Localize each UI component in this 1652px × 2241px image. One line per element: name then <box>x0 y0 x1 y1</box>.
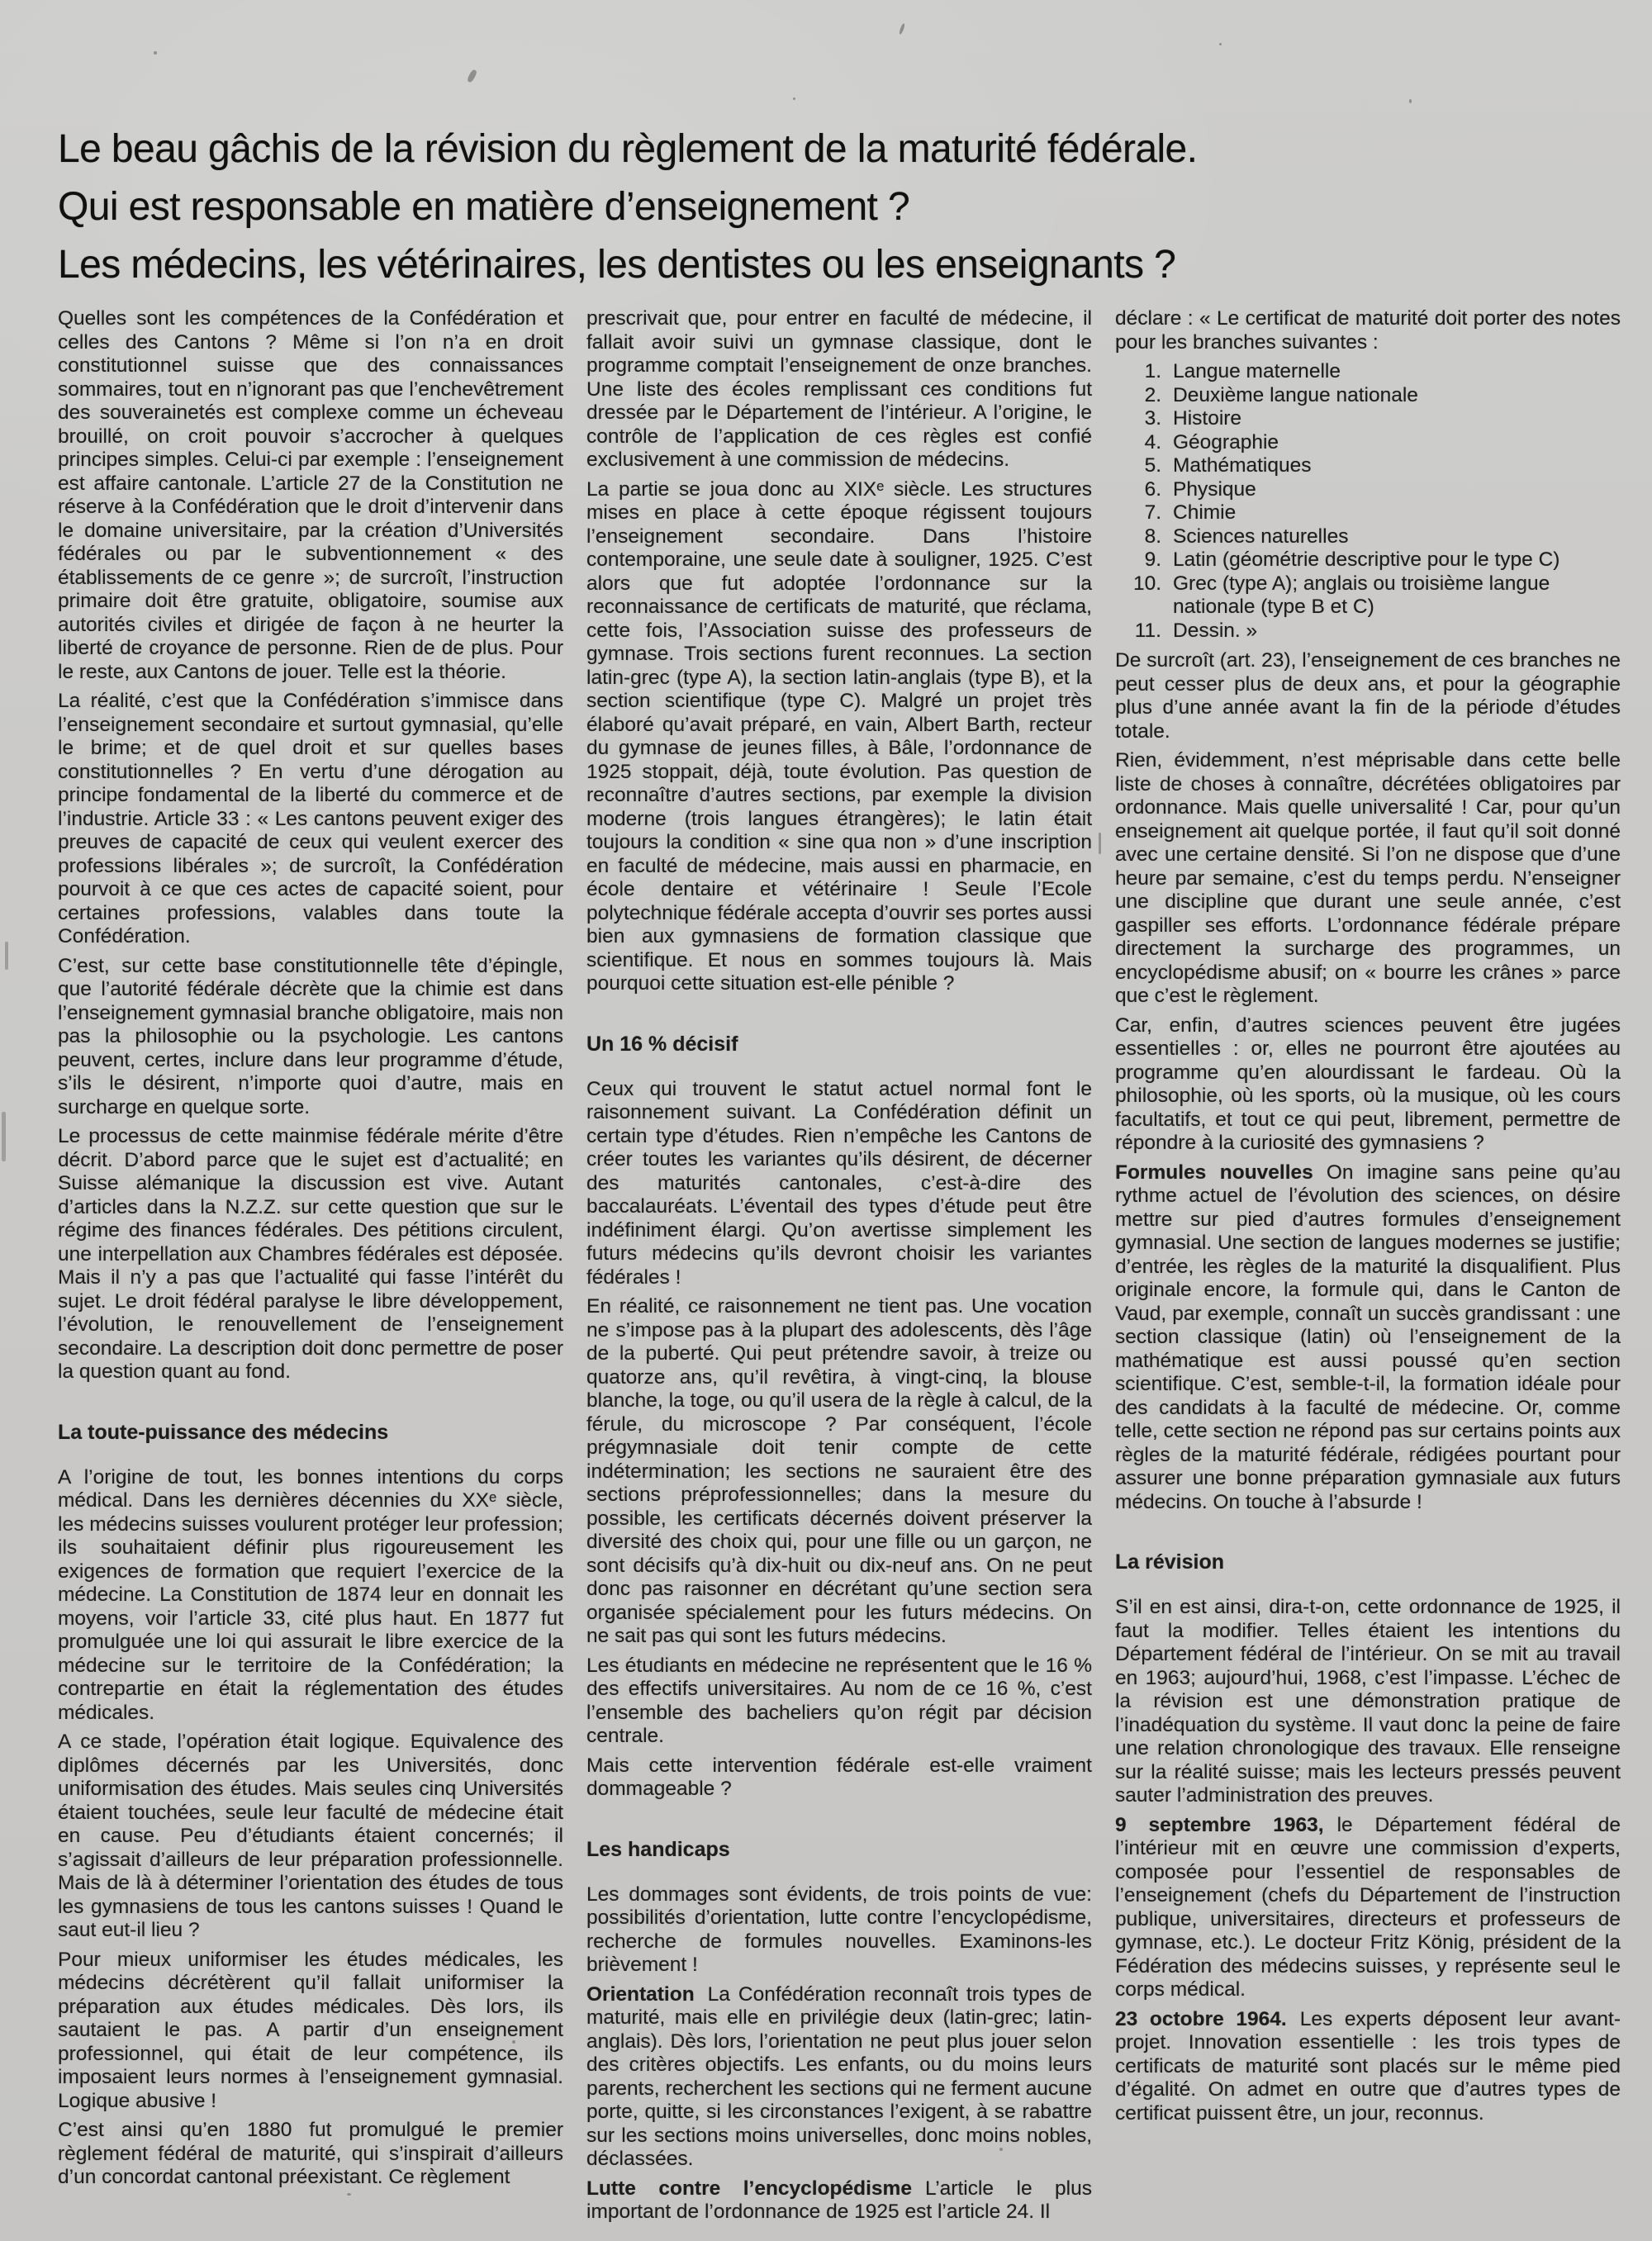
list-item: 4.Géographie <box>1115 431 1621 455</box>
paragraph: La réalité, c’est que la Confédération s… <box>58 690 563 949</box>
scan-speck <box>1219 43 1222 45</box>
list-item: 10.Grec (type A); anglais ou troisième l… <box>1115 572 1621 620</box>
section-heading-toute-puissance: La toute-puissance des médecins <box>58 1421 563 1445</box>
scan-speck <box>899 23 906 36</box>
article-columns: Quelles sont les compétences de la Confé… <box>58 307 1621 2230</box>
headline-line-3: Les médecins, les vétérinaires, les dent… <box>58 236 1611 294</box>
list-item-number: 3. <box>1115 407 1173 431</box>
paragraph: Ceux qui trouvent le statut actuel norma… <box>586 1078 1092 1290</box>
paragraph: A l’origine de tout, les bonnes intentio… <box>58 1466 563 1726</box>
list-item-number: 2. <box>1115 384 1173 408</box>
column-1: Quelles sont les compétences de la Confé… <box>58 307 563 2230</box>
headline-line-1: Le beau gâchis de la révision du règleme… <box>58 121 1611 178</box>
list-item-text: Langue maternelle <box>1173 360 1621 384</box>
headline-line-2: Qui est responsable en matière d’enseign… <box>58 178 1611 236</box>
column-2: prescrivait que, pour entrer en faculté … <box>586 307 1092 2230</box>
list-item-number: 1. <box>1115 360 1173 384</box>
paragraph-with-lead: Formules nouvellesOn imagine sans peine … <box>1115 1161 1621 1515</box>
list-item-text: Géographie <box>1173 431 1621 455</box>
scan-speck <box>1409 99 1412 103</box>
list-item-number: 9. <box>1115 548 1173 572</box>
list-item-number: 8. <box>1115 525 1173 549</box>
list-item: 1.Langue maternelle <box>1115 360 1621 384</box>
scan-margin-mark <box>5 942 8 970</box>
list-item-text: Histoire <box>1173 407 1621 431</box>
paragraph-lead-9-septembre-1963: 9 septembre 1963, <box>1115 1814 1324 1836</box>
list-item-number: 7. <box>1115 501 1173 525</box>
paragraph: Mais cette intervention fédérale est-ell… <box>586 1754 1092 1802</box>
list-item-number: 4. <box>1115 431 1173 455</box>
paragraph: C’est ainsi qu’en 1880 fut promulgué le … <box>58 2119 563 2190</box>
paragraph-lead-orientation: Orientation <box>586 1983 695 2006</box>
paragraph-lead-formules-nouvelles: Formules nouvelles <box>1115 1161 1313 1184</box>
branches-list: 1.Langue maternelle 2.Deuxième langue na… <box>1115 360 1621 643</box>
list-item-text: Sciences naturelles <box>1173 525 1621 549</box>
paragraph: La partie se joua donc au XIXᵉ siècle. L… <box>586 478 1092 996</box>
newspaper-page: Le beau gâchis de la révision du règleme… <box>0 0 1652 2241</box>
article-headline: Le beau gâchis de la révision du règleme… <box>58 121 1611 294</box>
list-item-text: Latin (géométrie descriptive pour le typ… <box>1173 548 1621 572</box>
list-item-text: Chimie <box>1173 501 1621 525</box>
list-item-text: Physique <box>1173 478 1621 502</box>
list-item-number: 11. <box>1115 620 1173 643</box>
paragraph-with-lead: 23 octobre 1964.Les experts déposent leu… <box>1115 2008 1621 2126</box>
paragraph: Car, enfin, d’autres sciences peuvent êt… <box>1115 1014 1621 1156</box>
list-item-text: Dessin. » <box>1173 620 1621 643</box>
list-item-text: Deuxième langue nationale <box>1173 384 1621 408</box>
paragraph: Les étudiants en médecine ne représenten… <box>586 1655 1092 1749</box>
list-item: 7.Chimie <box>1115 501 1621 525</box>
list-item-number: 10. <box>1115 572 1173 596</box>
scan-speck <box>793 97 795 100</box>
list-item: 9.Latin (géométrie descriptive pour le t… <box>1115 548 1621 572</box>
paragraph-text: On imagine sans peine qu’au rythme actue… <box>1115 1161 1621 1513</box>
paragraph: Le processus de cette mainmise fédérale … <box>58 1125 563 1384</box>
paragraph: déclare : « Le certificat de maturité do… <box>1115 307 1621 354</box>
list-item: 5.Mathématiques <box>1115 454 1621 478</box>
paragraph: De surcroît (art. 23), l’enseignement de… <box>1115 649 1621 743</box>
paragraph: A ce stade, l’opération était logique. E… <box>58 1731 563 1943</box>
section-heading-revision: La révision <box>1115 1550 1621 1574</box>
paragraph-text: La Confédération reconnaît trois types d… <box>586 1983 1092 2171</box>
list-item: 11.Dessin. » <box>1115 620 1621 643</box>
list-item: 3.Histoire <box>1115 407 1621 431</box>
paragraph-lead-encyclopedisme: Lutte contre l’encyclopédisme <box>586 2177 912 2200</box>
paragraph: Les dommages sont évidents, de trois poi… <box>586 1883 1092 1977</box>
list-item: 2.Deuxième langue nationale <box>1115 384 1621 408</box>
scan-speck <box>467 69 478 83</box>
list-item: 8.Sciences naturelles <box>1115 525 1621 549</box>
paragraph-with-lead: OrientationLa Confédération reconnaît tr… <box>586 1983 1092 2172</box>
paragraph-with-lead: Lutte contre l’encyclopédismeL’article l… <box>586 2177 1092 2224</box>
scan-speck <box>154 51 157 55</box>
paragraph-text: le Département fédéral de l’intérieur mi… <box>1115 1814 1621 2001</box>
paragraph: En réalité, ce raisonnement ne tient pas… <box>586 1295 1092 1649</box>
paragraph: Rien, évidemment, n’est méprisable dans … <box>1115 749 1621 1009</box>
paragraph: C’est, sur cette base constitutionnelle … <box>58 955 563 1120</box>
list-item-text: Grec (type A); anglais ou troisième lang… <box>1173 572 1621 620</box>
list-item: 6.Physique <box>1115 478 1621 502</box>
paragraph: Pour mieux uniformiser les études médica… <box>58 1949 563 2114</box>
paragraph-lead-23-octobre-1964: 23 octobre 1964. <box>1115 2008 1287 2030</box>
paragraph-with-lead: 9 septembre 1963,le Département fédéral … <box>1115 1814 1621 2002</box>
section-heading-16-pourcent: Un 16 % décisif <box>586 1033 1092 1056</box>
paragraph: Quelles sont les compétences de la Confé… <box>58 307 563 684</box>
column-3: déclare : « Le certificat de maturité do… <box>1115 307 1621 2230</box>
list-item-number: 6. <box>1115 478 1173 502</box>
paragraph: prescrivait que, pour entrer en faculté … <box>586 307 1092 472</box>
scan-margin-mark <box>2 1112 6 1161</box>
paragraph: S’il en est ainsi, dira-t-on, cette ordo… <box>1115 1596 1621 1808</box>
list-item-text: Mathématiques <box>1173 454 1621 478</box>
section-heading-handicaps: Les handicaps <box>586 1838 1092 1862</box>
list-item-number: 5. <box>1115 454 1173 478</box>
